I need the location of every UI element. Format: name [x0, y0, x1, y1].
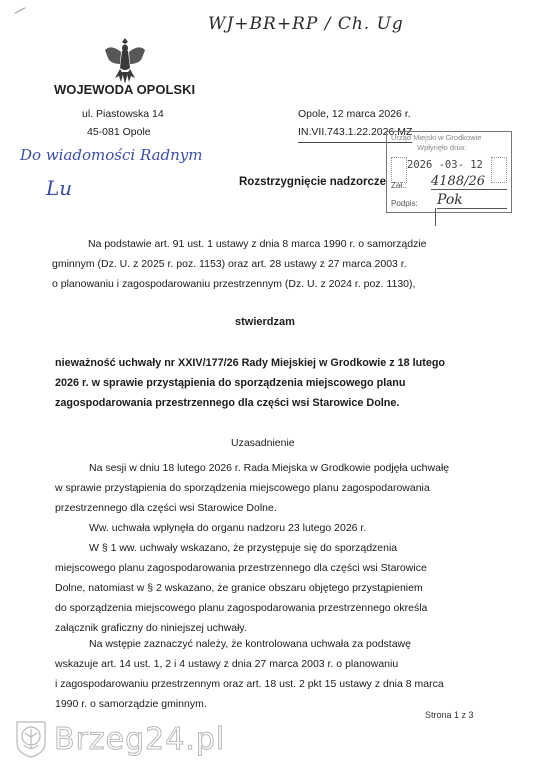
stamp-signature: Pok: [437, 192, 507, 209]
stamp-office: Urząd Miejski w Grodkowie: [391, 133, 481, 142]
legal-basis-line: gminnym (Dz. U. z 2025 r. poz. 1153) ora…: [52, 254, 427, 274]
justification-paragraph-1: Na sesji w dniu 18 lutego 2026 r. Rada M…: [55, 458, 449, 518]
handwritten-note: Do wiadomości Radnym: [20, 146, 203, 164]
paragraph-line: w sprawie przystąpienia do sporządzenia …: [55, 478, 449, 498]
legal-basis-line: Na podstawie art. 91 ust. 1 ustawy z dni…: [52, 234, 427, 254]
justification-paragraph-3: W § 1 ww. uchwały wskazano, że przystępu…: [55, 538, 427, 638]
scan-mark: [14, 7, 25, 14]
justification-paragraph-4: Na wstępie zaznaczyć należy, że kontrolo…: [55, 634, 444, 714]
signature-stroke: [435, 208, 436, 226]
handwritten-signature: Lu: [46, 176, 72, 200]
paragraph-line: miejscowego planu zagospodarowania przes…: [55, 558, 427, 578]
paragraph-line: wskazuje art. 14 ust. 1, 2 i 4 ustawy z …: [55, 654, 444, 674]
site-watermark: Brzeg24.pl: [14, 716, 225, 762]
issuer-title: WOJEWODA OPOLSKI: [54, 82, 195, 97]
stamp-signature-label: Podpis:: [391, 199, 418, 208]
paragraph-line: i zagospodarowaniu przestrzennym oraz ar…: [55, 674, 444, 694]
decision-line: nieważność uchwały nr XXIV/177/26 Rady M…: [55, 353, 495, 373]
anchor-shield-icon: [14, 719, 48, 759]
legal-basis: Na podstawie art. 91 ust. 1 ustawy z dni…: [52, 234, 427, 294]
justification-paragraph-2: Ww. uchwała wpłynęła do organu nadzoru 2…: [55, 518, 366, 538]
paragraph-line: Na wstępie zaznaczyć należy, że kontrolo…: [55, 634, 444, 654]
page-number: Strona 1 z 3: [425, 710, 474, 720]
justification-heading: Uzasadnienie: [231, 437, 295, 449]
decision-line: 2026 r. w sprawie przystąpienia do sporz…: [55, 373, 495, 393]
paragraph-line: 1990 r. o samorządzie gminnym.: [55, 694, 444, 714]
paragraph-line: Ww. uchwała wpłynęła do organu nadzoru 2…: [55, 518, 366, 538]
issuer-address-street: ul. Piastowska 14: [82, 104, 164, 124]
handwritten-distribution-note: WJ+BR+RP / Ch. Ug: [208, 14, 404, 34]
place-and-date: Opole, 12 marca 2026 r.: [298, 104, 411, 124]
paragraph-line: W § 1 ww. uchwały wskazano, że przystępu…: [55, 538, 427, 558]
received-stamp: Urząd Miejski w Grodkowie Wpłynęło dnia:…: [386, 131, 512, 213]
polish-eagle-emblem-icon: [103, 36, 147, 86]
decision-word: stwierdzam: [235, 316, 295, 328]
decision-text: nieważność uchwały nr XXIV/177/26 Rady M…: [55, 353, 495, 413]
watermark-text: Brzeg24.pl: [54, 722, 225, 757]
paragraph-line: przestrzennego dla części wsi Starowice …: [55, 498, 449, 518]
decision-line: zagospodarowania przestrzennego dla częś…: [55, 393, 495, 413]
stamp-received-label: Wpłynęło dnia:: [417, 143, 466, 152]
stamp-received-date: 2026 -03- 12: [407, 159, 483, 171]
stamp-registry-number: 4188/26: [431, 174, 507, 190]
paragraph-line: do sporządzenia miejscowego planu zagosp…: [55, 598, 427, 618]
paragraph-line: Dolne, natomiast w § 2 wskazano, że gran…: [55, 578, 427, 598]
paragraph-line: Na sesji w dniu 18 lutego 2026 r. Rada M…: [55, 458, 449, 478]
legal-basis-line: o planowaniu i zagospodarowaniu przestrz…: [52, 274, 427, 294]
issuer-address-city: 45-081 Opole: [87, 122, 151, 142]
document-title: Rozstrzygnięcie nadzorcze: [239, 176, 386, 188]
castle-icon: [391, 157, 407, 183]
stamp-attachments-label: Zał.:: [391, 181, 407, 190]
